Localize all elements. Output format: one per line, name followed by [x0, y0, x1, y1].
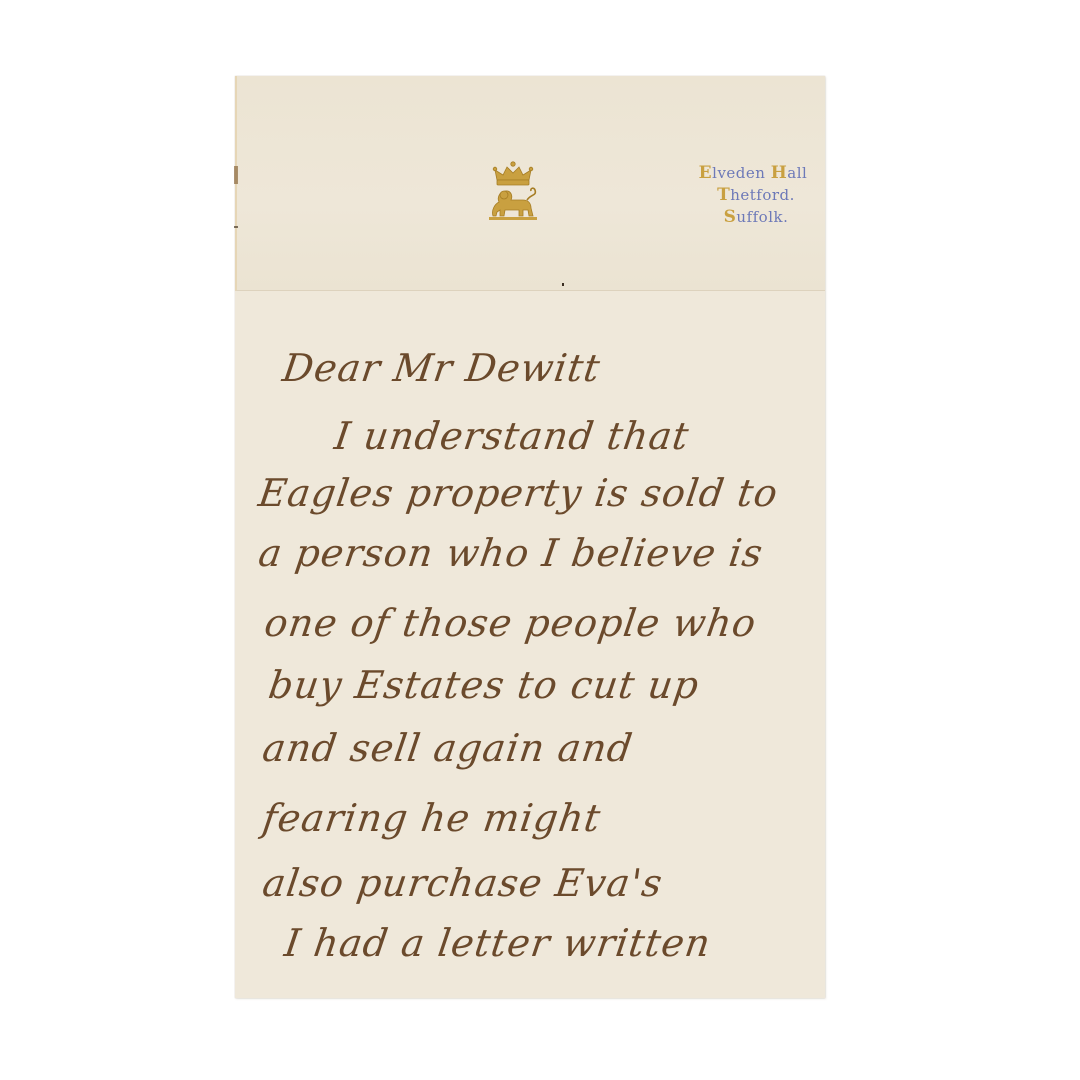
letter-line-8: also purchase Eva's: [260, 861, 666, 905]
letterhead-flap: Elveden Hall Thetford. Suffolk.: [235, 76, 825, 291]
letter-line-5: buy Estates to cut up: [266, 663, 702, 707]
letter-line-2: Eagles property is sold to: [256, 471, 781, 515]
fold-mark: [562, 283, 564, 286]
letterhead-address: Elveden Hall Thetford. Suffolk.: [667, 162, 827, 228]
edge-marks: [234, 166, 238, 276]
letter-line-3: a person who I believe is: [256, 531, 766, 575]
letter-line-6: and sell again and: [260, 726, 636, 770]
address-line-3: Suffolk.: [685, 206, 827, 228]
salutation: Dear Mr Dewitt: [280, 346, 603, 390]
letter-line-7: fearing he might: [260, 796, 604, 840]
crowned-lion-crest-icon: [483, 160, 543, 224]
letter-sheet: Elveden Hall Thetford. Suffolk. Dear Mr …: [235, 76, 825, 998]
letter-line-1: I understand that: [332, 414, 692, 458]
letter-line-4: one of those people who: [262, 601, 759, 645]
address-line-1: Elveden Hall: [679, 162, 827, 184]
address-line-2: Thetford.: [685, 184, 827, 206]
letter-line-9: I had a letter written: [282, 921, 714, 965]
